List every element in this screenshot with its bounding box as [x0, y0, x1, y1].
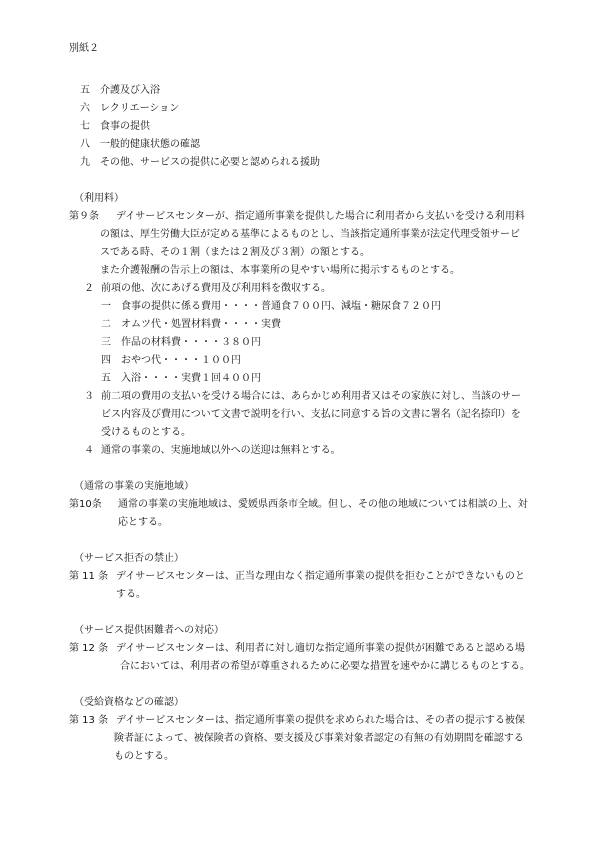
article-text-line: デイサービスセンターは、利用者に対し適切な指定通所事業の提供が困難であると認める… — [116, 642, 525, 656]
article-text-line: デイサービスセンターが、指定通所事業を提供した場合に利用者から支払いを受ける利用… — [116, 210, 525, 224]
paragraph-text: 受けるものとする。 — [101, 426, 191, 440]
article-text-line: 応とする。 — [118, 516, 168, 530]
list-item-num: 六 — [80, 102, 90, 116]
fee-item: 食事の提供に係る費用・・・・普通食７００円、減塩・糖尿食７２０円 — [121, 300, 441, 314]
attachment-label: 別紙２ — [69, 42, 99, 56]
article-text-line: スである時、その１割（または２割及び３割）の額とする。 — [100, 246, 370, 260]
fee-item: 作品の材料費・・・・３８０円 — [121, 336, 261, 350]
fee-num: 五 — [101, 372, 111, 386]
article-label: 第10条 — [69, 498, 102, 512]
article-heading: （サービス拒否の禁止） — [74, 552, 184, 566]
article-text-line: デイサービスセンターは、指定通所事業の提供を求められた場合は、その者の提示する被… — [116, 714, 525, 728]
list-item: 介護及び入浴 — [100, 84, 160, 98]
list-item: 食事の提供 — [100, 120, 150, 134]
article-text-line: の額は、厚生労働大臣が定める基準によるものとし、当該指定通所事業が法定代理受領サ… — [100, 228, 520, 242]
article-text-line: する。 — [116, 588, 146, 602]
fee-item: おやつ代・・・・１００円 — [121, 354, 241, 368]
paragraph-num: ４ — [84, 444, 94, 458]
paragraph-text: ビス内容及び費用について文書で説明を行い、支払に同意する旨の文書に署名（記名捺印… — [101, 408, 521, 422]
fee-num: 一 — [101, 300, 111, 314]
article-label: 第 13 条 — [69, 714, 108, 728]
list-item: その他、サービスの提供に必要と認められる援助 — [100, 156, 320, 170]
article-label: 第 11 条 — [69, 570, 108, 584]
article-label: 第 12 条 — [69, 642, 108, 656]
article-heading: （サービス提供困難者への対応） — [74, 624, 224, 638]
list-item-num: 九 — [80, 156, 90, 170]
fee-num: 四 — [101, 354, 111, 368]
list-item-num: 五 — [80, 84, 90, 98]
fee-item: 入浴・・・・実費１回４００円 — [121, 372, 261, 386]
article-text-line: ものとする。 — [114, 750, 174, 764]
article-text-line: また介護報酬の告示上の額は、本事業所の見やすい場所に掲示するものとする。 — [100, 264, 460, 278]
article-text-line: 合においては、利用者の希望が尊重されるために必要な措置を速やかに講じるものとする… — [120, 660, 530, 674]
list-item: レクリエーション — [100, 102, 179, 116]
list-item-num: 七 — [80, 120, 90, 134]
article-text-line: デイサービスセンターは、正当な理由なく指定通所事業の提供を拒むことができないもの… — [116, 570, 525, 584]
article-heading: （受給資格などの確認） — [74, 696, 184, 710]
article-text-line: 険者証によって、被保険者の資格、要支援及び事業対象者認定の有無の有効期間を確認す… — [114, 732, 524, 746]
article-label: 第９条 — [69, 210, 99, 224]
fee-num: 三 — [101, 336, 111, 350]
list-item: 一般的健康状態の確認 — [100, 138, 200, 152]
article-heading: （利用料） — [74, 192, 124, 206]
paragraph-num: ２ — [84, 282, 94, 296]
paragraph-text: 前項の他、次にあげる費用及び利用料を徴収する。 — [101, 282, 331, 296]
article-text-line: 通常の事業の実施地域は、愛媛県西条市全域。但し、その他の地域については相談の上、… — [118, 498, 528, 512]
paragraph-text: 通常の事業の、実施地域以外への送迎は無料とする。 — [101, 444, 341, 458]
paragraph-num: ３ — [84, 390, 94, 404]
fee-num: 二 — [101, 318, 111, 332]
list-item-num: 八 — [80, 138, 90, 152]
fee-item: オムツ代・処置材料費・・・・実費 — [121, 318, 281, 332]
article-heading: （通常の事業の実施地域） — [74, 480, 194, 494]
paragraph-text: 前二項の費用の支払いを受ける場合には、あらかじめ利用者又はその家族に対し、当該の… — [101, 390, 521, 404]
